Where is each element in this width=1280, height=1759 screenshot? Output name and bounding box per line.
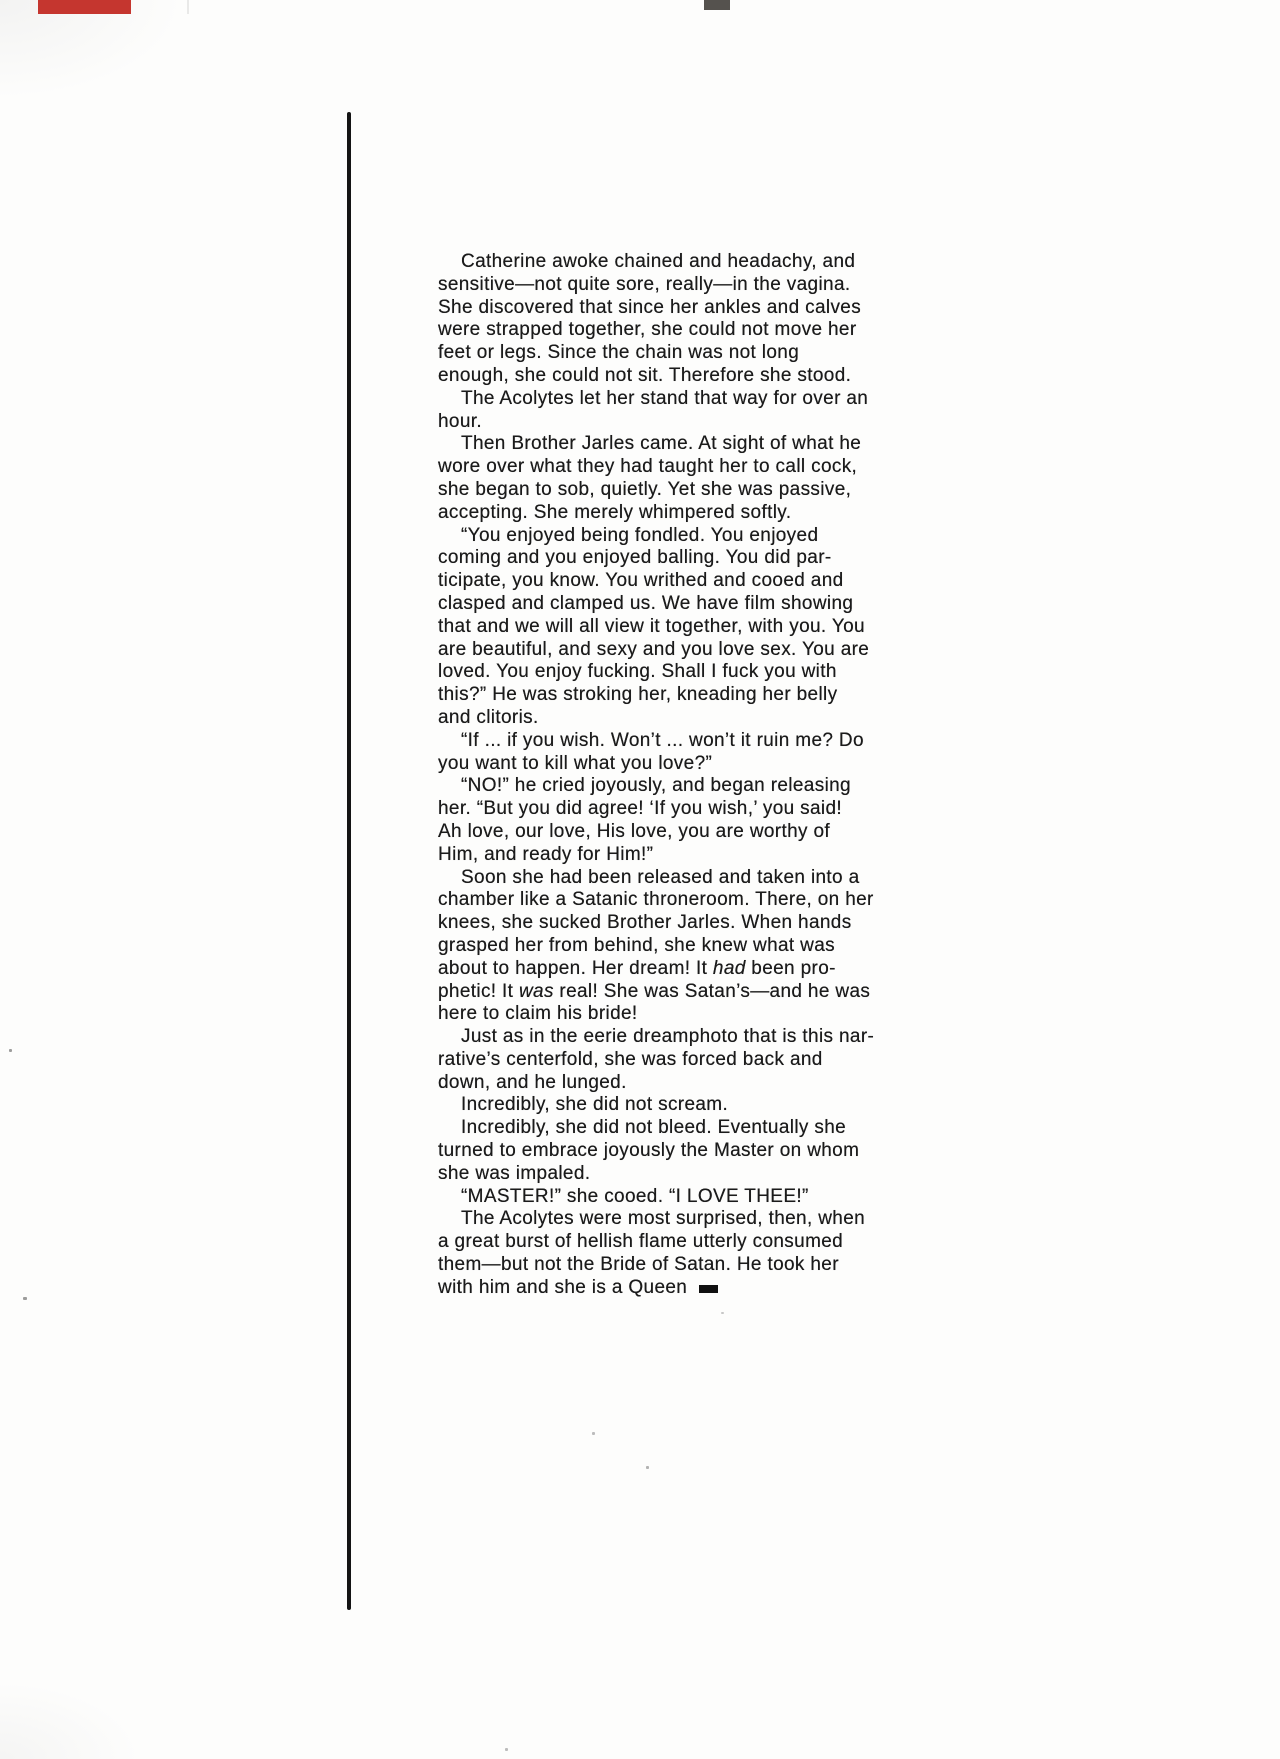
text-line: chamber like a Satanic throneroom. There…	[438, 889, 948, 912]
text-line: she was impaled.	[438, 1163, 948, 1186]
text-line: coming and you enjoyed balling. You did …	[438, 547, 948, 570]
text-line: she began to sob, quietly. Yet she was p…	[438, 479, 948, 502]
text-line: rative’s centerfold, she was forced back…	[438, 1049, 948, 1072]
text-line: feet or legs. Since the chain was not lo…	[438, 342, 948, 365]
text-line: that and we will all view it together, w…	[438, 616, 948, 639]
text-line: knees, she sucked Brother Jarles. When h…	[438, 912, 948, 935]
column-rule	[347, 112, 351, 1610]
scan-speck	[592, 1432, 595, 1435]
scan-speck	[646, 1466, 649, 1469]
text-line: down, and he lunged.	[438, 1072, 948, 1095]
text-line: her. “But you did agree! ‘If you wish,’ …	[438, 798, 948, 821]
text-line: with him and she is a Queen	[438, 1277, 948, 1300]
text-line: you want to kill what you love?”	[438, 753, 948, 776]
scanned-page: Catherine awoke chained and headachy, an…	[0, 0, 1280, 1759]
text-line: turned to embrace joyously the Master on…	[438, 1140, 948, 1163]
scan-speck	[9, 1049, 12, 1052]
text-line: “If ... if you wish. Won’t ... won’t it …	[438, 730, 948, 753]
text-line: Incredibly, she did not scream.	[438, 1094, 948, 1117]
scan-speck	[505, 1748, 508, 1751]
text-line: “MASTER!” she cooed. “I LOVE THEE!”	[438, 1186, 948, 1209]
scan-speck	[23, 1297, 27, 1300]
text-column: Catherine awoke chained and headachy, an…	[438, 251, 948, 1300]
text-line: are beautiful, and sexy and you love sex…	[438, 639, 948, 662]
text-line: Catherine awoke chained and headachy, an…	[438, 251, 948, 274]
text-line: ticipate, you know. You writhed and cooe…	[438, 570, 948, 593]
text-line: a great burst of hellish flame utterly c…	[438, 1231, 948, 1254]
text-line: clasped and clamped us. We have film sho…	[438, 593, 948, 616]
text-line: Incredibly, she did not bleed. Eventuall…	[438, 1117, 948, 1140]
text-line: and clitoris.	[438, 707, 948, 730]
scan-crease-mark	[187, 0, 189, 14]
scan-speck	[721, 1312, 724, 1314]
text-line: The Acolytes let her stand that way for …	[438, 388, 948, 411]
text-line: Then Brother Jarles came. At sight of wh…	[438, 433, 948, 456]
text-line: were strapped together, she could not mo…	[438, 319, 948, 342]
text-line: here to claim his bride!	[438, 1003, 948, 1026]
text-line: about to happen. Her dream! It had been …	[438, 958, 948, 981]
text-line: wore over what they had taught her to ca…	[438, 456, 948, 479]
text-line: “You enjoyed being fondled. You enjoyed	[438, 525, 948, 548]
text-line: hour.	[438, 411, 948, 434]
text-line: enough, she could not sit. Therefore she…	[438, 365, 948, 388]
scan-artifact-red-strip	[38, 0, 131, 14]
text-line: sensitive—not quite sore, really—in the …	[438, 274, 948, 297]
text-line: “NO!” he cried joyously, and began relea…	[438, 775, 948, 798]
text-line: She discovered that since her ankles and…	[438, 297, 948, 320]
text-line: them—but not the Bride of Satan. He took…	[438, 1254, 948, 1277]
text-line: Ah love, our love, His love, you are wor…	[438, 821, 948, 844]
text-line: phetic! It was real! She was Satan’s—and…	[438, 981, 948, 1004]
end-of-article-mark	[699, 1285, 718, 1293]
text-line: Just as in the eerie dreamphoto that is …	[438, 1026, 948, 1049]
text-line: Him, and ready for Him!”	[438, 844, 948, 867]
text-line: this?” He was stroking her, kneading her…	[438, 684, 948, 707]
text-line: Soon she had been released and taken int…	[438, 867, 948, 890]
text-line: grasped her from behind, she knew what w…	[438, 935, 948, 958]
text-line: accepting. She merely whimpered softly.	[438, 502, 948, 525]
scan-artifact-gray-strip	[704, 0, 730, 10]
text-line: The Acolytes were most surprised, then, …	[438, 1208, 948, 1231]
text-line: loved. You enjoy fucking. Shall I fuck y…	[438, 661, 948, 684]
